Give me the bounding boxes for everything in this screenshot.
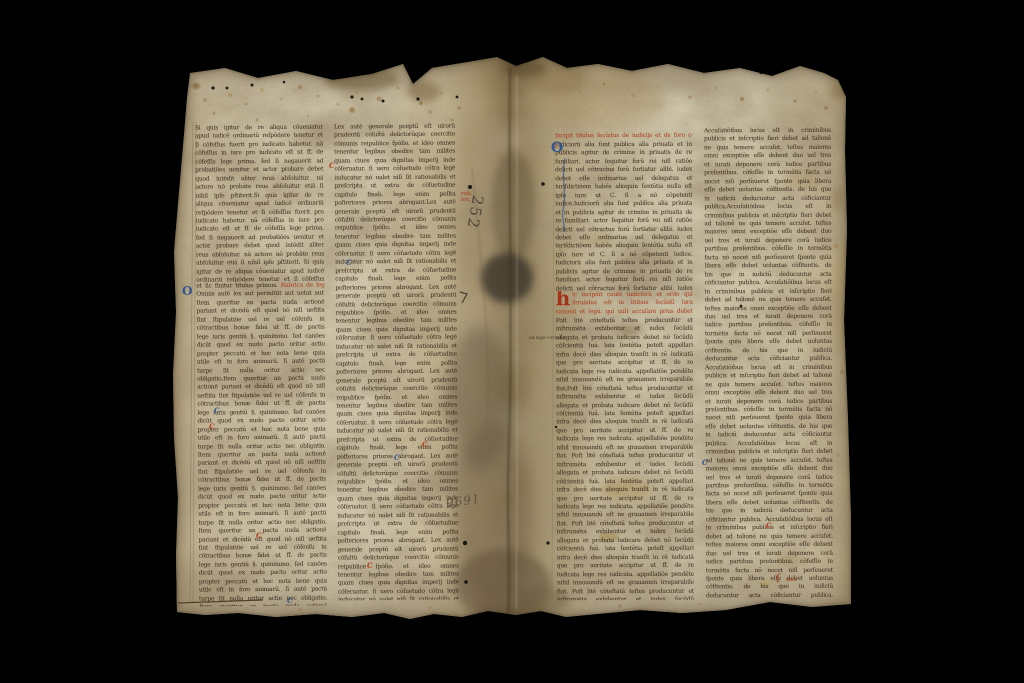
red-paragraph-mark: C xyxy=(367,561,373,570)
blue-paragraph-mark: C xyxy=(346,258,352,267)
red-rubric-block: hic incipiūt cauſe iudiciorū et ordo quī… xyxy=(556,291,693,318)
left-page-column-2: Lex autē generale pceptū eſt uirorū prud… xyxy=(334,122,459,600)
column-text: Iudiciorū alia ſunt publica alia priuata… xyxy=(555,141,693,292)
right-page-column-2: Accuſatiōibus locus eſt in criminibus pu… xyxy=(704,127,833,602)
red-paragraph-mark: C xyxy=(329,161,335,170)
red-initial-h: h xyxy=(556,291,570,307)
text-layer: Si quis igitur de re aliqua cōueniatur a… xyxy=(0,0,1024,683)
blue-initial-with-filigree: Oſ xyxy=(551,140,563,156)
red-initial-s: ſ xyxy=(776,572,780,585)
red-paragraph-mark: C xyxy=(209,422,215,431)
rubric-red-text: ic incipiūt cauſe iudiciorū et ordo quī … xyxy=(556,292,693,318)
text-black: et ſic finitur titulus primus. xyxy=(196,283,277,290)
column-text: Item queritur an pacta nuda actionē pari… xyxy=(196,298,327,606)
manuscript-photo: Si quis igitur de re aliqua cōueniatur a… xyxy=(0,0,1024,683)
right-page-column-1: Incipit titulus ſecūdus de iudicijs et d… xyxy=(555,132,694,601)
marginal-gloss: ad legē corneliā xyxy=(529,336,567,341)
text-black: Omnis autē lex aut permittit aut uetat a… xyxy=(196,291,324,298)
column-text: Lex autē generale pceptū eſt uirorū prud… xyxy=(334,122,459,600)
filigree-mark: ſ xyxy=(555,143,557,150)
blue-paragraph-mark: C xyxy=(394,453,400,462)
red-paragraph-mark: C xyxy=(256,531,262,540)
red-paragraph-mark: C xyxy=(422,440,428,449)
blue-initial-o: O xyxy=(182,284,192,298)
rubric-red-text: Rubrica de legibus et cō xyxy=(281,282,325,289)
red-word: uox xyxy=(786,577,797,583)
column-text: Si quis igitur de re aliqua cōueniatur a… xyxy=(195,123,324,282)
blue-paragraph-mark: C xyxy=(214,406,220,415)
column-text: Poſt litē cōteſtatā teſtes producuntur e… xyxy=(556,317,694,601)
red-paragraph-mark: C xyxy=(766,521,772,530)
column-text: Accuſatiōibus locus eſt in criminibus pu… xyxy=(704,127,833,602)
blue-paragraph-mark: C xyxy=(287,596,293,605)
blue-paragraph-mark: C xyxy=(702,458,708,467)
